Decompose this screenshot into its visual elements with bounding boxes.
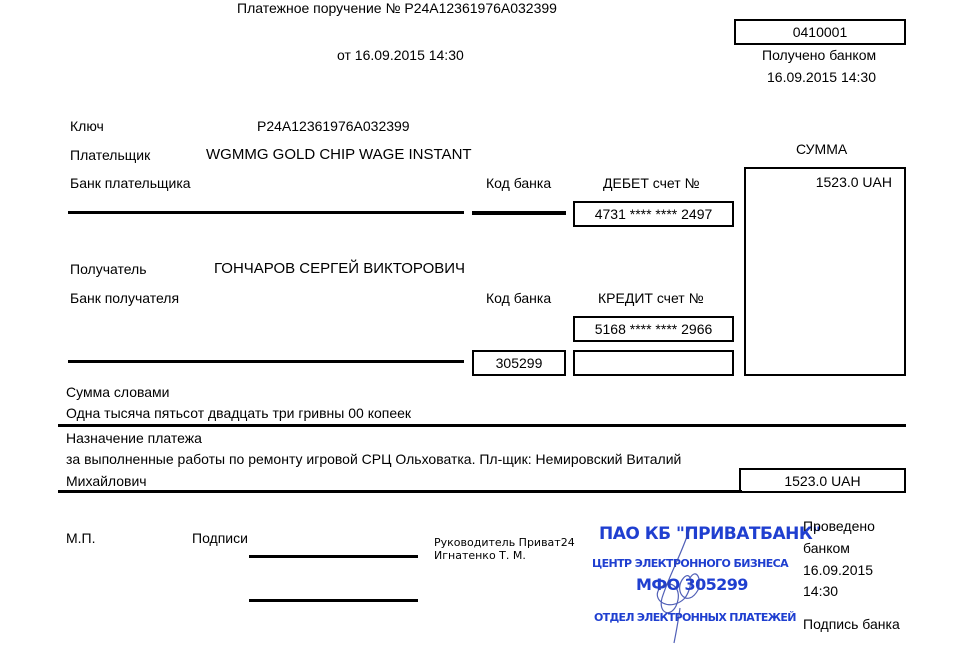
recipient-bank-line — [68, 360, 464, 363]
purpose-line1: за выполненные работы по ремонту игровой… — [66, 451, 681, 467]
document-title: Платежное поручение № P24A12361976A03239… — [237, 0, 557, 16]
recipient-label: Получатель — [70, 261, 147, 277]
recipient-bank-code-label: Код банка — [486, 290, 551, 306]
sum-value: 1523.0 UAH — [816, 174, 892, 190]
processed-date: 16.09.2015 — [803, 562, 873, 578]
signature-line-2 — [249, 599, 418, 602]
processed-line2: банком — [803, 540, 850, 556]
payer-bank-label: Банк плательщика — [70, 175, 191, 191]
payer-value: WGMMG GOLD CHIP WAGE INSTANT — [206, 146, 472, 163]
recipient-extra-box — [573, 350, 734, 376]
key-value: P24A12361976A032399 — [257, 118, 410, 134]
payer-label: Плательщик — [70, 147, 150, 163]
processed-line1: Проведено — [803, 518, 875, 534]
recipient-value: ГОНЧАРОВ СЕРГЕЙ ВИКТОРОВИЧ — [214, 260, 465, 277]
key-label: Ключ — [70, 118, 104, 134]
recipient-bank-code: 305299 — [474, 355, 564, 371]
amount-words-value: Одна тысяча пятьсот двадцать три гривны … — [66, 405, 411, 421]
seal-label: М.П. — [66, 530, 96, 546]
amount-words-label: Сумма словами — [66, 384, 170, 400]
received-label: Получено банком — [762, 47, 876, 63]
debit-account: 4731 **** **** 2497 — [575, 206, 732, 222]
debit-account-box: 4731 **** **** 2497 — [573, 201, 734, 227]
credit-account: 5168 **** **** 2966 — [575, 321, 732, 337]
recipient-bank-code-box: 305299 — [472, 350, 566, 376]
recipient-bank-label: Банк получателя — [70, 290, 179, 306]
purpose-label: Назначение платежа — [66, 430, 202, 446]
handwritten-signature-icon — [640, 518, 720, 648]
debit-label: ДЕБЕТ счет № — [603, 175, 700, 191]
sum-label: СУММА — [796, 141, 847, 157]
signatures-label: Подписи — [192, 530, 248, 546]
form-code: 0410001 — [736, 24, 904, 40]
purpose-amount: 1523.0 UAH — [741, 473, 904, 489]
document-date: от 16.09.2015 14:30 — [337, 47, 464, 63]
purpose-line2: Михайлович — [66, 473, 147, 489]
amount-words-divider — [58, 424, 906, 427]
purpose-amount-box: 1523.0 UAH — [739, 468, 906, 493]
signature-line-1 — [249, 555, 418, 558]
purpose-divider — [58, 490, 742, 493]
credit-label: КРЕДИТ счет № — [598, 290, 704, 306]
payer-bank-line — [68, 211, 464, 214]
director-title: Руководитель Приват24 — [434, 536, 575, 549]
director-name: Игнатенко Т. М. — [434, 549, 526, 562]
credit-account-box: 5168 **** **** 2966 — [573, 316, 734, 342]
payer-bank-code-label: Код банка — [486, 175, 551, 191]
processed-time: 14:30 — [803, 583, 838, 599]
bank-signature-label: Подпись банка — [803, 616, 900, 632]
payer-bank-code-line — [472, 211, 566, 215]
received-datetime: 16.09.2015 14:30 — [767, 69, 876, 85]
sum-box: 1523.0 UAH — [744, 167, 906, 376]
form-code-box: 0410001 — [734, 19, 906, 45]
